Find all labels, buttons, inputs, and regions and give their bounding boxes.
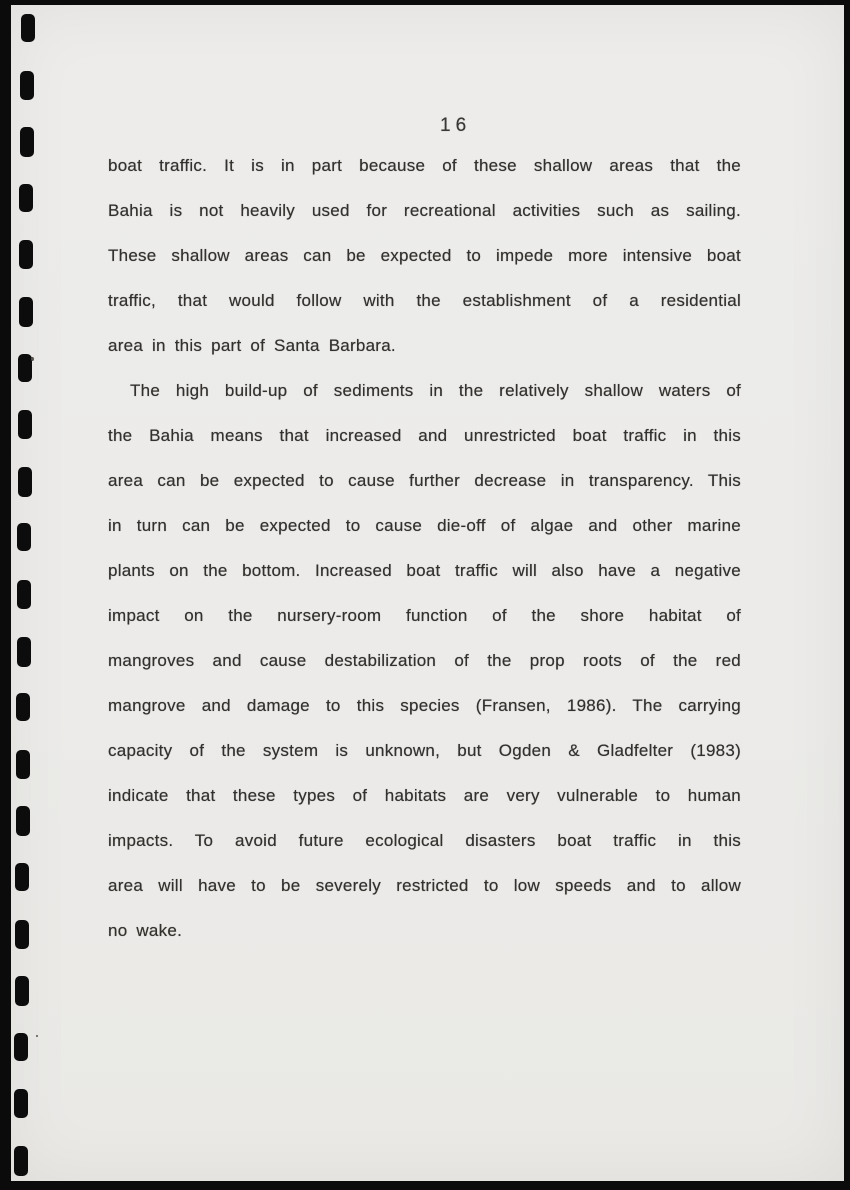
- scan-speck: [31, 357, 34, 361]
- binding-hole: [18, 410, 32, 439]
- binding-hole: [19, 297, 33, 327]
- text-line: area can be expected to cause further de…: [108, 458, 741, 503]
- text-line: plants on the bottom. Increased boat tra…: [108, 548, 741, 593]
- text-line: in turn can be expected to cause die-off…: [108, 503, 741, 548]
- binding-hole: [20, 127, 34, 157]
- text-line: mangrove and damage to this species (Fra…: [108, 683, 741, 728]
- paragraph: boat traffic. It is in part because of t…: [108, 143, 741, 368]
- binding-hole: [17, 523, 31, 551]
- binding-hole: [14, 1089, 28, 1118]
- text-line: impact on the nursery-room function of t…: [108, 593, 741, 638]
- text-line: area will have to be severely restricted…: [108, 863, 741, 908]
- binding-hole: [18, 467, 32, 497]
- binding-hole: [14, 1033, 28, 1061]
- binding-hole: [15, 920, 29, 949]
- text-line: Bahia is not heavily used for recreation…: [108, 188, 741, 233]
- binding-hole: [16, 806, 30, 836]
- binding-hole: [21, 14, 35, 42]
- text-line: indicate that these types of habitats ar…: [108, 773, 741, 818]
- binding-hole: [16, 693, 30, 721]
- paragraph: The high build-up of sediments in the re…: [108, 368, 741, 953]
- binding-hole: [17, 637, 31, 667]
- text-line: These shallow areas can be expected to i…: [108, 233, 741, 278]
- text-line: boat traffic. It is in part because of t…: [108, 143, 741, 188]
- binding-hole: [16, 750, 30, 779]
- binding-hole: [14, 1146, 28, 1176]
- binding-hole: [15, 863, 29, 891]
- text-line: capacity of the system is unknown, but O…: [108, 728, 741, 773]
- body-text: boat traffic. It is in part because of t…: [108, 143, 741, 953]
- paper: 16 boat traffic. It is in part because o…: [11, 5, 844, 1181]
- text-line: impacts. To avoid future ecological disa…: [108, 818, 741, 863]
- text-line: traffic, that would follow with the esta…: [108, 278, 741, 323]
- text-line: no wake.: [108, 908, 741, 953]
- text-line: mangroves and cause destabilization of t…: [108, 638, 741, 683]
- text-line: the Bahia means that increased and unres…: [108, 413, 741, 458]
- text-line: The high build-up of sediments in the re…: [108, 368, 741, 413]
- binding-hole: [17, 580, 31, 609]
- scanned-page: 16 boat traffic. It is in part because o…: [0, 0, 850, 1190]
- scan-speck: [36, 1035, 38, 1037]
- text-line: area in this part of Santa Barbara.: [108, 323, 741, 368]
- page-number: 16: [440, 115, 471, 137]
- binding-hole: [20, 71, 34, 100]
- binding-hole: [19, 184, 33, 212]
- binding-hole: [19, 240, 33, 269]
- binding-hole: [15, 976, 29, 1006]
